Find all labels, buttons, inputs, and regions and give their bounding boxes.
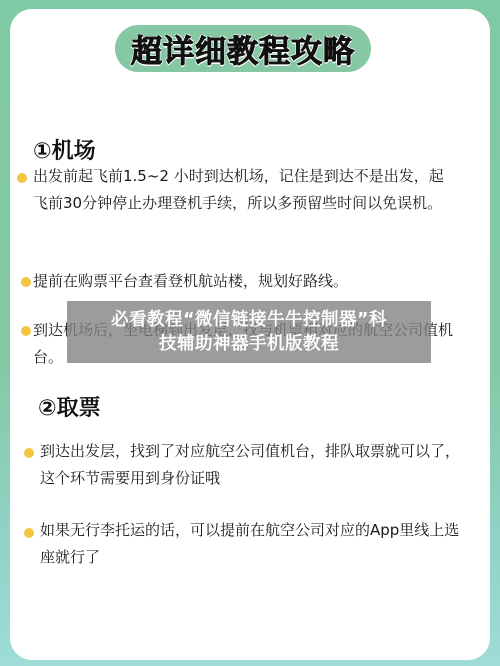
section-heading-ticket: ②取票 bbox=[38, 391, 101, 422]
section-heading-airport: ①机场 bbox=[33, 134, 96, 165]
overlay-line-2: 技辅助神器手机版教程 bbox=[159, 332, 339, 356]
overlay-line-1: 必看教程“微信链接牛牛控制器”科 bbox=[111, 308, 387, 332]
bullet-dot-icon bbox=[24, 448, 34, 458]
list-item-text: 出发前起飞前1.5~2 小时到达机场，记住是到达不是出发，起飞前30分钟停止办理… bbox=[33, 163, 453, 216]
list-item-text: 如果无行李托运的话，可以提前在航空公司对应的App里线上选座就行了 bbox=[40, 517, 465, 570]
list-item-text: 到达出发层，找到了对应航空公司值机台，排队取票就可以了，这个环节需要用到身份证哦 bbox=[40, 438, 465, 491]
watermark-overlay: 必看教程“微信链接牛牛控制器”科 技辅助神器手机版教程 bbox=[67, 301, 431, 363]
bullet-dot-icon bbox=[17, 173, 27, 183]
page-title: 超详细教程攻略 bbox=[131, 26, 355, 71]
bullet-dot-icon bbox=[21, 326, 31, 336]
bullet-dot-icon bbox=[24, 528, 34, 538]
list-item-text: 提前在购票平台查看登机航站楼，规划好路线。 bbox=[33, 268, 463, 295]
title-banner: 超详细教程攻略 bbox=[115, 25, 371, 72]
bullet-dot-icon bbox=[21, 277, 31, 287]
